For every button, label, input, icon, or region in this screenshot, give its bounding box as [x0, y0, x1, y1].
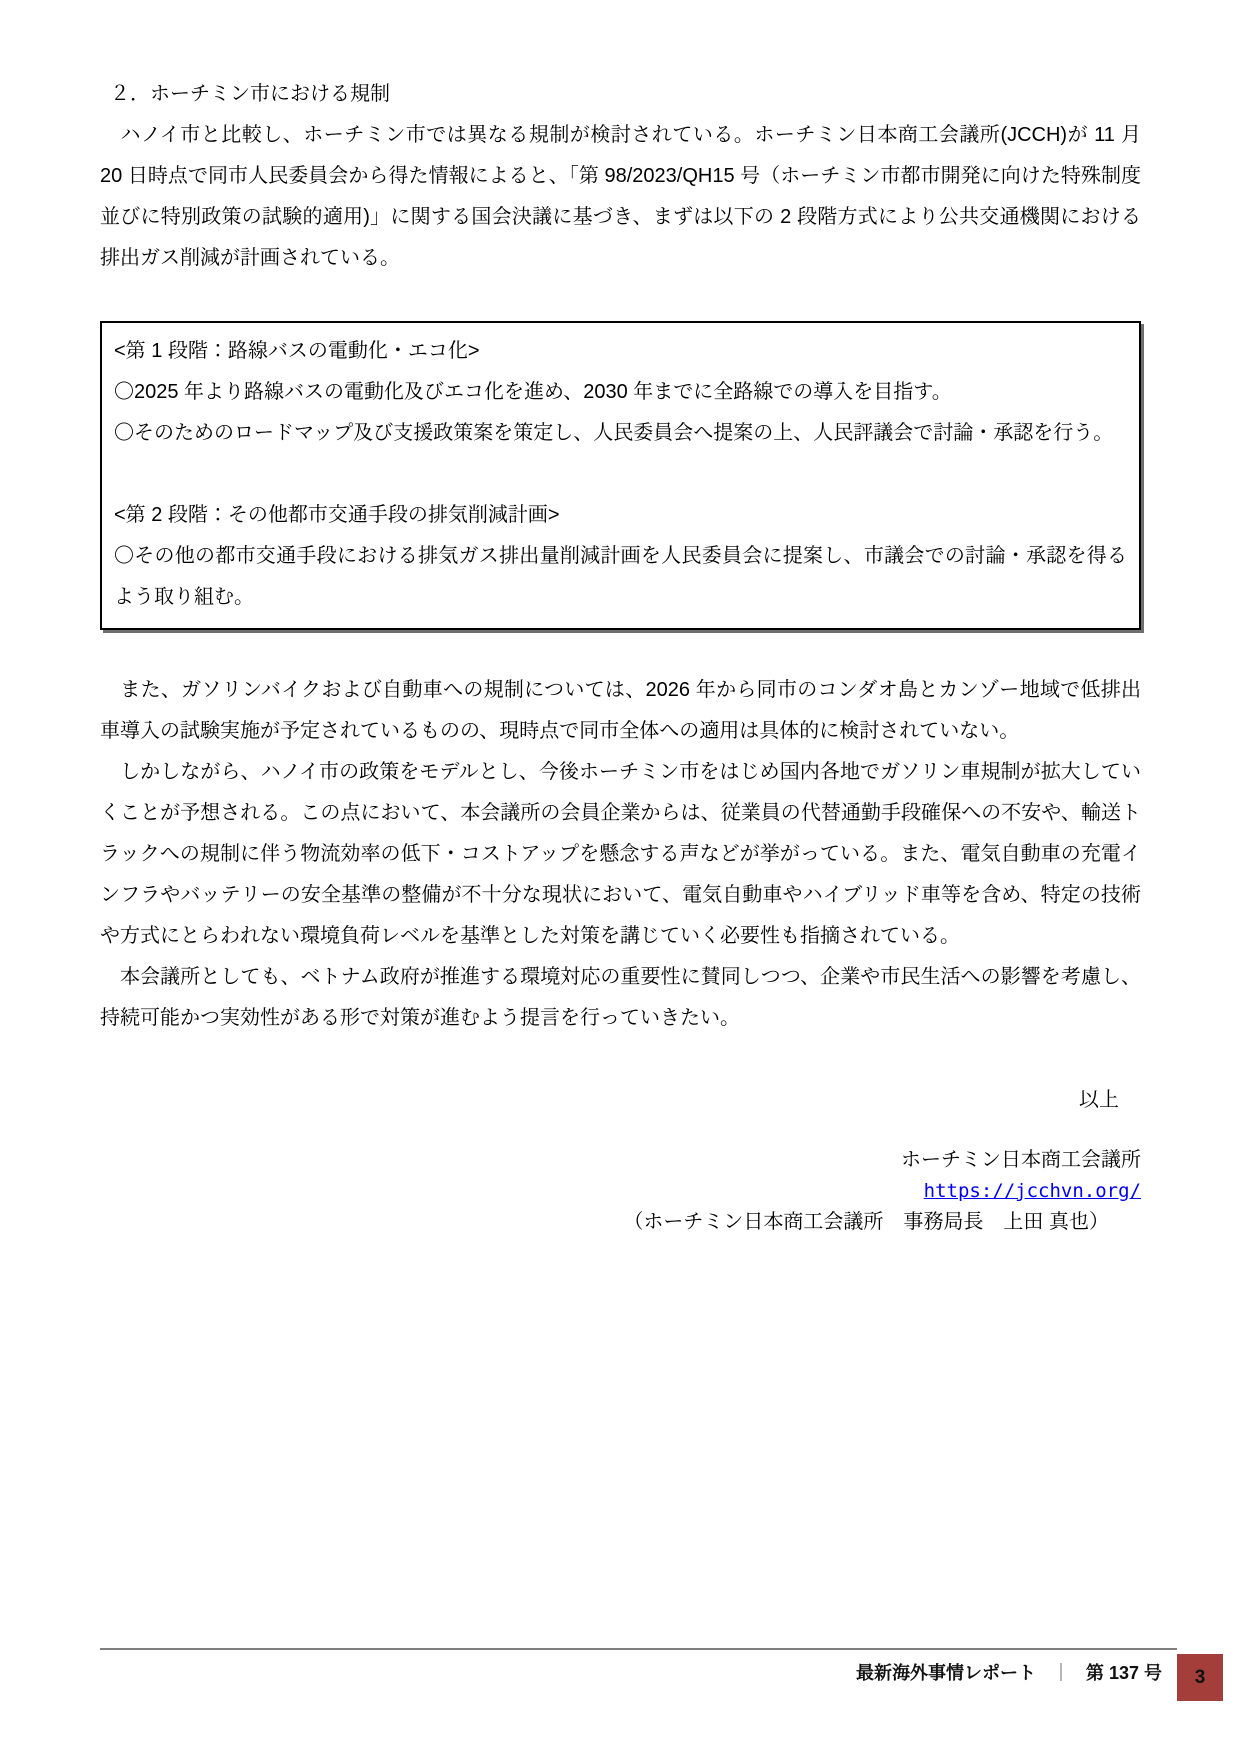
- signature-block: ホーチミン日本商工会議所 https://jcchvn.org/ （ホーチミン日…: [100, 1145, 1141, 1238]
- organization-website-link[interactable]: https://jcchvn.org/: [924, 1180, 1141, 1202]
- page-number: 3: [1195, 1667, 1206, 1689]
- footer-separator: ｜: [1052, 1659, 1070, 1685]
- signature-url-line: https://jcchvn.org/: [100, 1176, 1141, 1207]
- box-blank-line: [114, 454, 1127, 495]
- document-body: ２．ホーチミン市における規制 ハノイ市と比較し、ホーチミン市では異なる規制が検討…: [100, 74, 1141, 1238]
- stage1-item-1: 〇2025 年より路線バスの電動化及びエコ化を進め、2030 年までに全路線での…: [114, 372, 1127, 413]
- paragraph-chamber-position: 本会議所としても、ベトナム政府が推進する環境対応の重要性に賛同しつつ、企業や市民…: [100, 957, 1141, 1039]
- footer-caption: 最新海外事情レポート｜第 137 号: [100, 1659, 1162, 1685]
- paragraph-intro: ハノイ市と比較し、ホーチミン市では異なる規制が検討されている。ホーチミン日本商工…: [100, 115, 1141, 279]
- stage1-heading: <第 1 段階：路線バスの電動化・エコ化>: [114, 331, 1127, 372]
- page-number-badge: 3: [1177, 1654, 1223, 1701]
- footer-report-title: 最新海外事情レポート: [856, 1663, 1036, 1683]
- stage2-item-1: 〇その他の都市交通手段における排気ガス排出量削減計画を人民委員会に提案し、市議会…: [114, 536, 1127, 618]
- two-stage-plan-box: <第 1 段階：路線バスの電動化・エコ化> 〇2025 年より路線バスの電動化及…: [100, 321, 1141, 630]
- closing-ijou: 以上: [100, 1080, 1141, 1121]
- paragraph-motorbike-car-regulation: また、ガソリンバイクおよび自動車への規制については、2026 年から同市のコンダ…: [100, 670, 1141, 752]
- signature-contact: （ホーチミン日本商工会議所 事務局長 上田 真也）: [100, 1207, 1141, 1238]
- section-heading: ２．ホーチミン市における規制: [110, 74, 1141, 115]
- stage2-heading: <第 2 段階：その他都市交通手段の排気削減計画>: [114, 495, 1127, 536]
- footer-issue-number: 第 137 号: [1086, 1663, 1162, 1683]
- stage1-item-2: 〇そのためのロードマップ及び支援政策案を策定し、人民委員会へ提案の上、人民評議会…: [114, 413, 1127, 454]
- signature-organization: ホーチミン日本商工会議所: [100, 1145, 1141, 1176]
- paragraph-member-concerns: しかしながら、ハノイ市の政策をモデルとし、今後ホーチミン市をはじめ国内各地でガソ…: [100, 752, 1141, 957]
- report-page: ２．ホーチミン市における規制 ハノイ市と比較し、ホーチミン市では異なる規制が検討…: [0, 0, 1241, 1755]
- footer-divider-line: [100, 1648, 1177, 1650]
